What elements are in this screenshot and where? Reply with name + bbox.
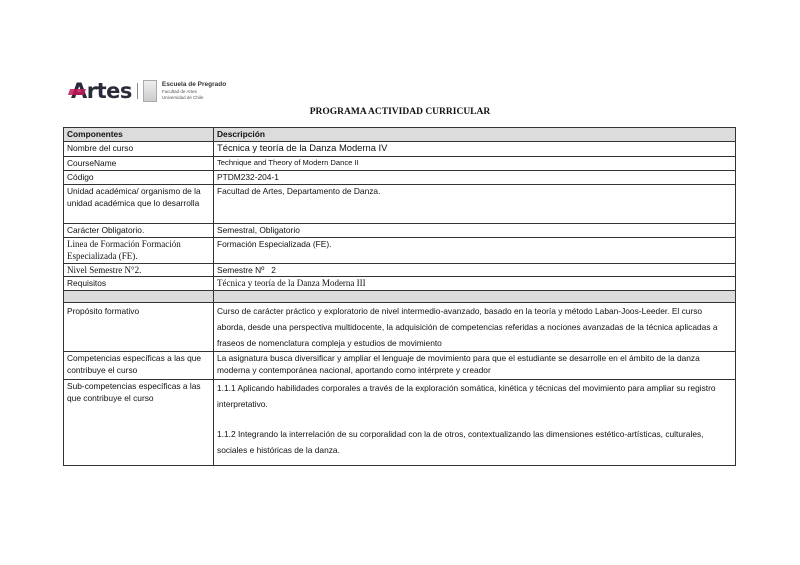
row-label: CourseName: [64, 157, 214, 171]
logo: Artes Escuela de Pregrado Facultad de Ar…: [71, 78, 226, 104]
row-value: Technique and Theory of Modern Dance II: [214, 157, 736, 171]
row-label: [64, 290, 214, 302]
table-row: Unidad académica/ organismo de la unidad…: [64, 184, 736, 223]
table-row: Carácter Obligatorio. Semestral, Obligat…: [64, 223, 736, 237]
university-crest-icon: [143, 80, 157, 102]
table-row: Nombre del curso Técnica y teoría de la …: [64, 142, 736, 157]
row-label: Requisitos: [64, 277, 214, 291]
row-value: Formación Especializada (FE).: [214, 237, 736, 263]
row-value: La asignatura busca diversificar y ampli…: [214, 351, 736, 379]
row-label: Propósito formativo: [64, 302, 214, 351]
row-value: Semestre Nº 2: [214, 263, 736, 277]
table-row: Nivel Semestre N°2. Semestre Nº 2: [64, 263, 736, 277]
header-componentes: Componentes: [64, 128, 214, 142]
row-label: Nivel Semestre N°2.: [64, 263, 214, 277]
logo-wordmark: Artes: [71, 79, 132, 103]
row-value: Facultad de Artes, Departamento de Danza…: [214, 184, 736, 223]
table-row-blank: [64, 290, 736, 302]
row-label: Unidad académica/ organismo de la unidad…: [64, 184, 214, 223]
row-label: Carácter Obligatorio.: [64, 223, 214, 237]
row-label: Sub-competencias específicas a las que c…: [64, 379, 214, 465]
row-value: Técnica y teoría de la Danza Moderna IV: [214, 142, 736, 157]
row-value: Semestral, Obligatorio: [214, 223, 736, 237]
table-row: Código PTDM232-204-1: [64, 171, 736, 185]
table-header-row: Componentes Descripción: [64, 128, 736, 142]
header-descripcion: Descripción: [214, 128, 736, 142]
row-value: Técnica y teoría de la Danza Moderna III: [214, 277, 736, 291]
document-title: PROGRAMA ACTIVIDAD CURRICULAR: [0, 107, 800, 117]
table-row: Linea de Formación Formación Especializa…: [64, 237, 736, 263]
row-label: Competencias específicas a las que contr…: [64, 351, 214, 379]
sub-competencia-1: 1.1.1 Aplicando habilidades corporales a…: [217, 380, 732, 412]
row-label: Linea de Formación Formación Especializa…: [64, 237, 214, 263]
logo-subtitle: Escuela de Pregrado Facultad de Artes Un…: [162, 81, 226, 101]
table-row: Competencias específicas a las que contr…: [64, 351, 736, 379]
table-row: Sub-competencias específicas a las que c…: [64, 379, 736, 465]
row-value: 1.1.1 Aplicando habilidades corporales a…: [214, 379, 736, 465]
table-row: CourseName Technique and Theory of Moder…: [64, 157, 736, 171]
row-label: Nombre del curso: [64, 142, 214, 157]
curricular-table: Componentes Descripción Nombre del curso…: [63, 127, 736, 466]
row-value: [214, 290, 736, 302]
table-row: Requisitos Técnica y teoría de la Danza …: [64, 277, 736, 291]
logo-divider: [137, 83, 138, 99]
sub-competencia-2: 1.1.2 Integrando la interrelación de su …: [217, 426, 732, 458]
table-row: Propósito formativo Curso de carácter pr…: [64, 302, 736, 351]
row-value: Curso de carácter práctico y exploratori…: [214, 302, 736, 351]
row-label: Código: [64, 171, 214, 185]
row-value: PTDM232-204-1: [214, 171, 736, 185]
